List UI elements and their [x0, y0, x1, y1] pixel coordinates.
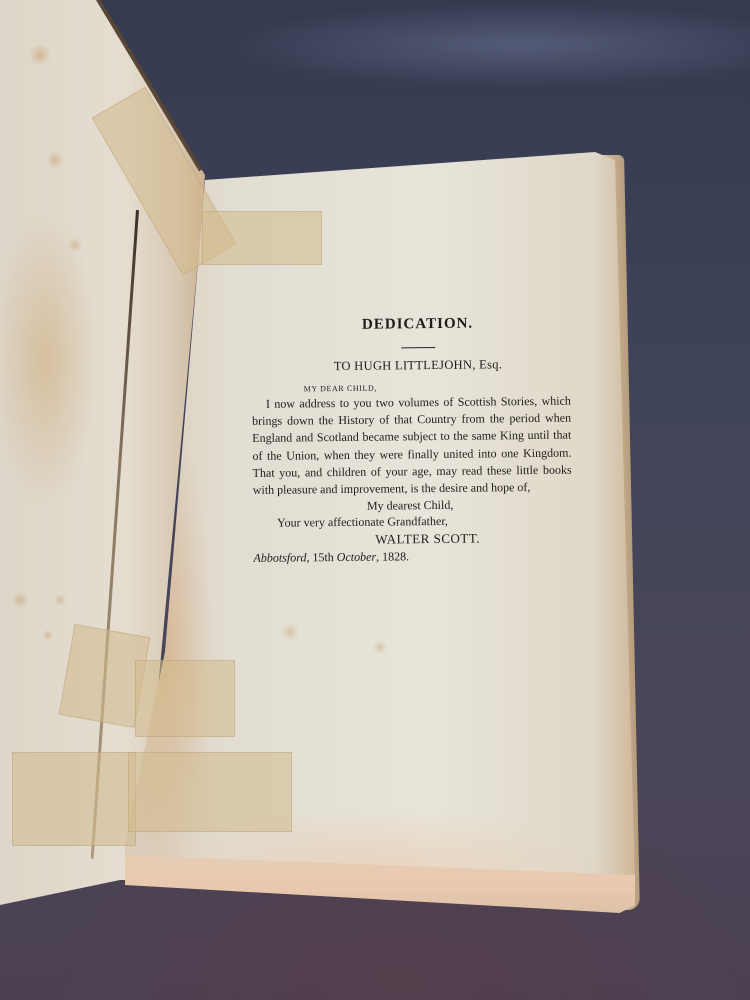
- place: Abbotsford: [253, 551, 306, 566]
- repair-tape: [202, 211, 322, 265]
- date-month: October: [337, 550, 376, 564]
- place-date-line: Abbotsford, 15th October, 1828.: [253, 547, 572, 567]
- repair-tape: [128, 752, 292, 832]
- repair-tape: [12, 752, 136, 846]
- date-day: , 15th: [306, 550, 336, 564]
- dedication-title: DEDICATION.: [265, 315, 570, 335]
- date-year: , 1828.: [376, 550, 409, 564]
- title-rule: [401, 347, 435, 348]
- signature: WALTER SCOTT.: [375, 529, 572, 549]
- dedication-body: I now address to you two volumes of Scot…: [246, 393, 572, 500]
- dedication-text-block: DEDICATION. TO HUGH LITTLEJOHN, Esq. MY …: [245, 315, 573, 568]
- salutation: MY DEAR CHILD,: [304, 382, 571, 394]
- repair-tape: [135, 660, 235, 737]
- addressee-line: TO HUGH LITTLEJOHN, Esq.: [265, 357, 570, 375]
